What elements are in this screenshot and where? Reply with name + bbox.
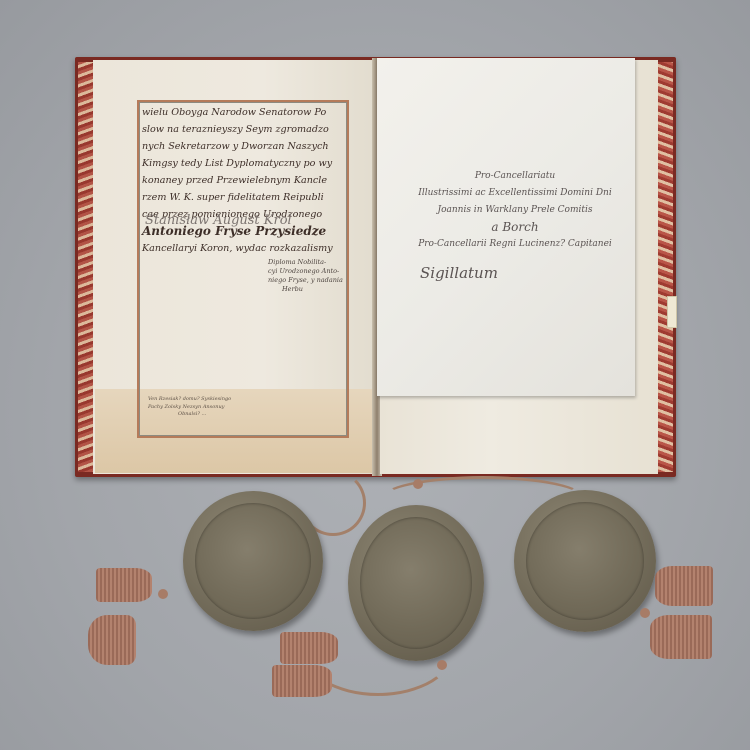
tassel-knot (640, 608, 650, 618)
tassel (655, 566, 713, 606)
text-line: nych Sekretarzow y Dworzan Naszych (142, 138, 333, 155)
tassel (88, 615, 136, 665)
bottom-annotation: Ven Rzesiak? domu? Syskiesingo Pachy Zol… (148, 396, 231, 419)
tassel (280, 632, 338, 664)
tassel (272, 665, 332, 697)
margin-note: Diploma Nobilita- cyi Urodzonego Anto- n… (268, 258, 343, 294)
seal-box-left (183, 491, 323, 631)
text-line: Joannis in Warklany Prele Comitis (400, 202, 630, 219)
chancellery-text: Pro-Cancellariatu Illustrissimi ac Excel… (400, 168, 630, 282)
seal-box-center (348, 505, 484, 661)
text-line: konaney przed Przewielebnym Kancle (142, 172, 333, 189)
text-line: Kancellaryi Koron, wydac rozkazalismy (142, 240, 333, 257)
text-line: Illustrissimi ac Excellentissimi Domini … (400, 185, 630, 202)
text-line: Pro-Cancellarii Regni Lucinenz? Capitane… (400, 236, 630, 253)
margin-line: Diploma Nobilita- (268, 258, 343, 267)
text-line: Pro-Cancellariatu (400, 168, 630, 185)
margin-line: niego Fryse, y nadania (268, 276, 343, 285)
text-line: Kimgsy tedy List Dyplomatyczny po wy (142, 155, 333, 172)
diploma-main-text: wielu Oboyga Narodow Senatorow Po slow n… (142, 104, 333, 257)
text-line: wielu Oboyga Narodow Senatorow Po (142, 104, 333, 121)
cord-knot (437, 660, 447, 670)
text-line: slow na teraznieyszy Seym zgromadzo (142, 121, 333, 138)
marbled-binding-left (78, 62, 94, 472)
marbled-binding-right (657, 62, 673, 472)
seal-box-right (514, 490, 656, 632)
page-tab (667, 296, 677, 328)
text-line: a Borch (400, 219, 630, 236)
cord-knot (413, 479, 423, 489)
tassel (650, 615, 712, 659)
sigillatum-label: Sigillatum (400, 265, 630, 282)
tassel-knot (158, 589, 168, 599)
tassel (96, 568, 152, 602)
annotation-line: Pachy Zolsky Nezsyn Ansonuy (148, 404, 231, 412)
text-line: rzem W. K. super fidelitatem Reipubli (142, 189, 333, 206)
margin-line: Herbu (268, 285, 343, 294)
annotation-line: Ven Rzesiak? domu? Syskiesingo (148, 396, 231, 404)
annotation-line: Obnalsi? ... (148, 411, 231, 419)
margin-line: cyi Urodzonego Anto- (268, 267, 343, 276)
royal-signature: Stanisław August Krol (145, 213, 292, 228)
